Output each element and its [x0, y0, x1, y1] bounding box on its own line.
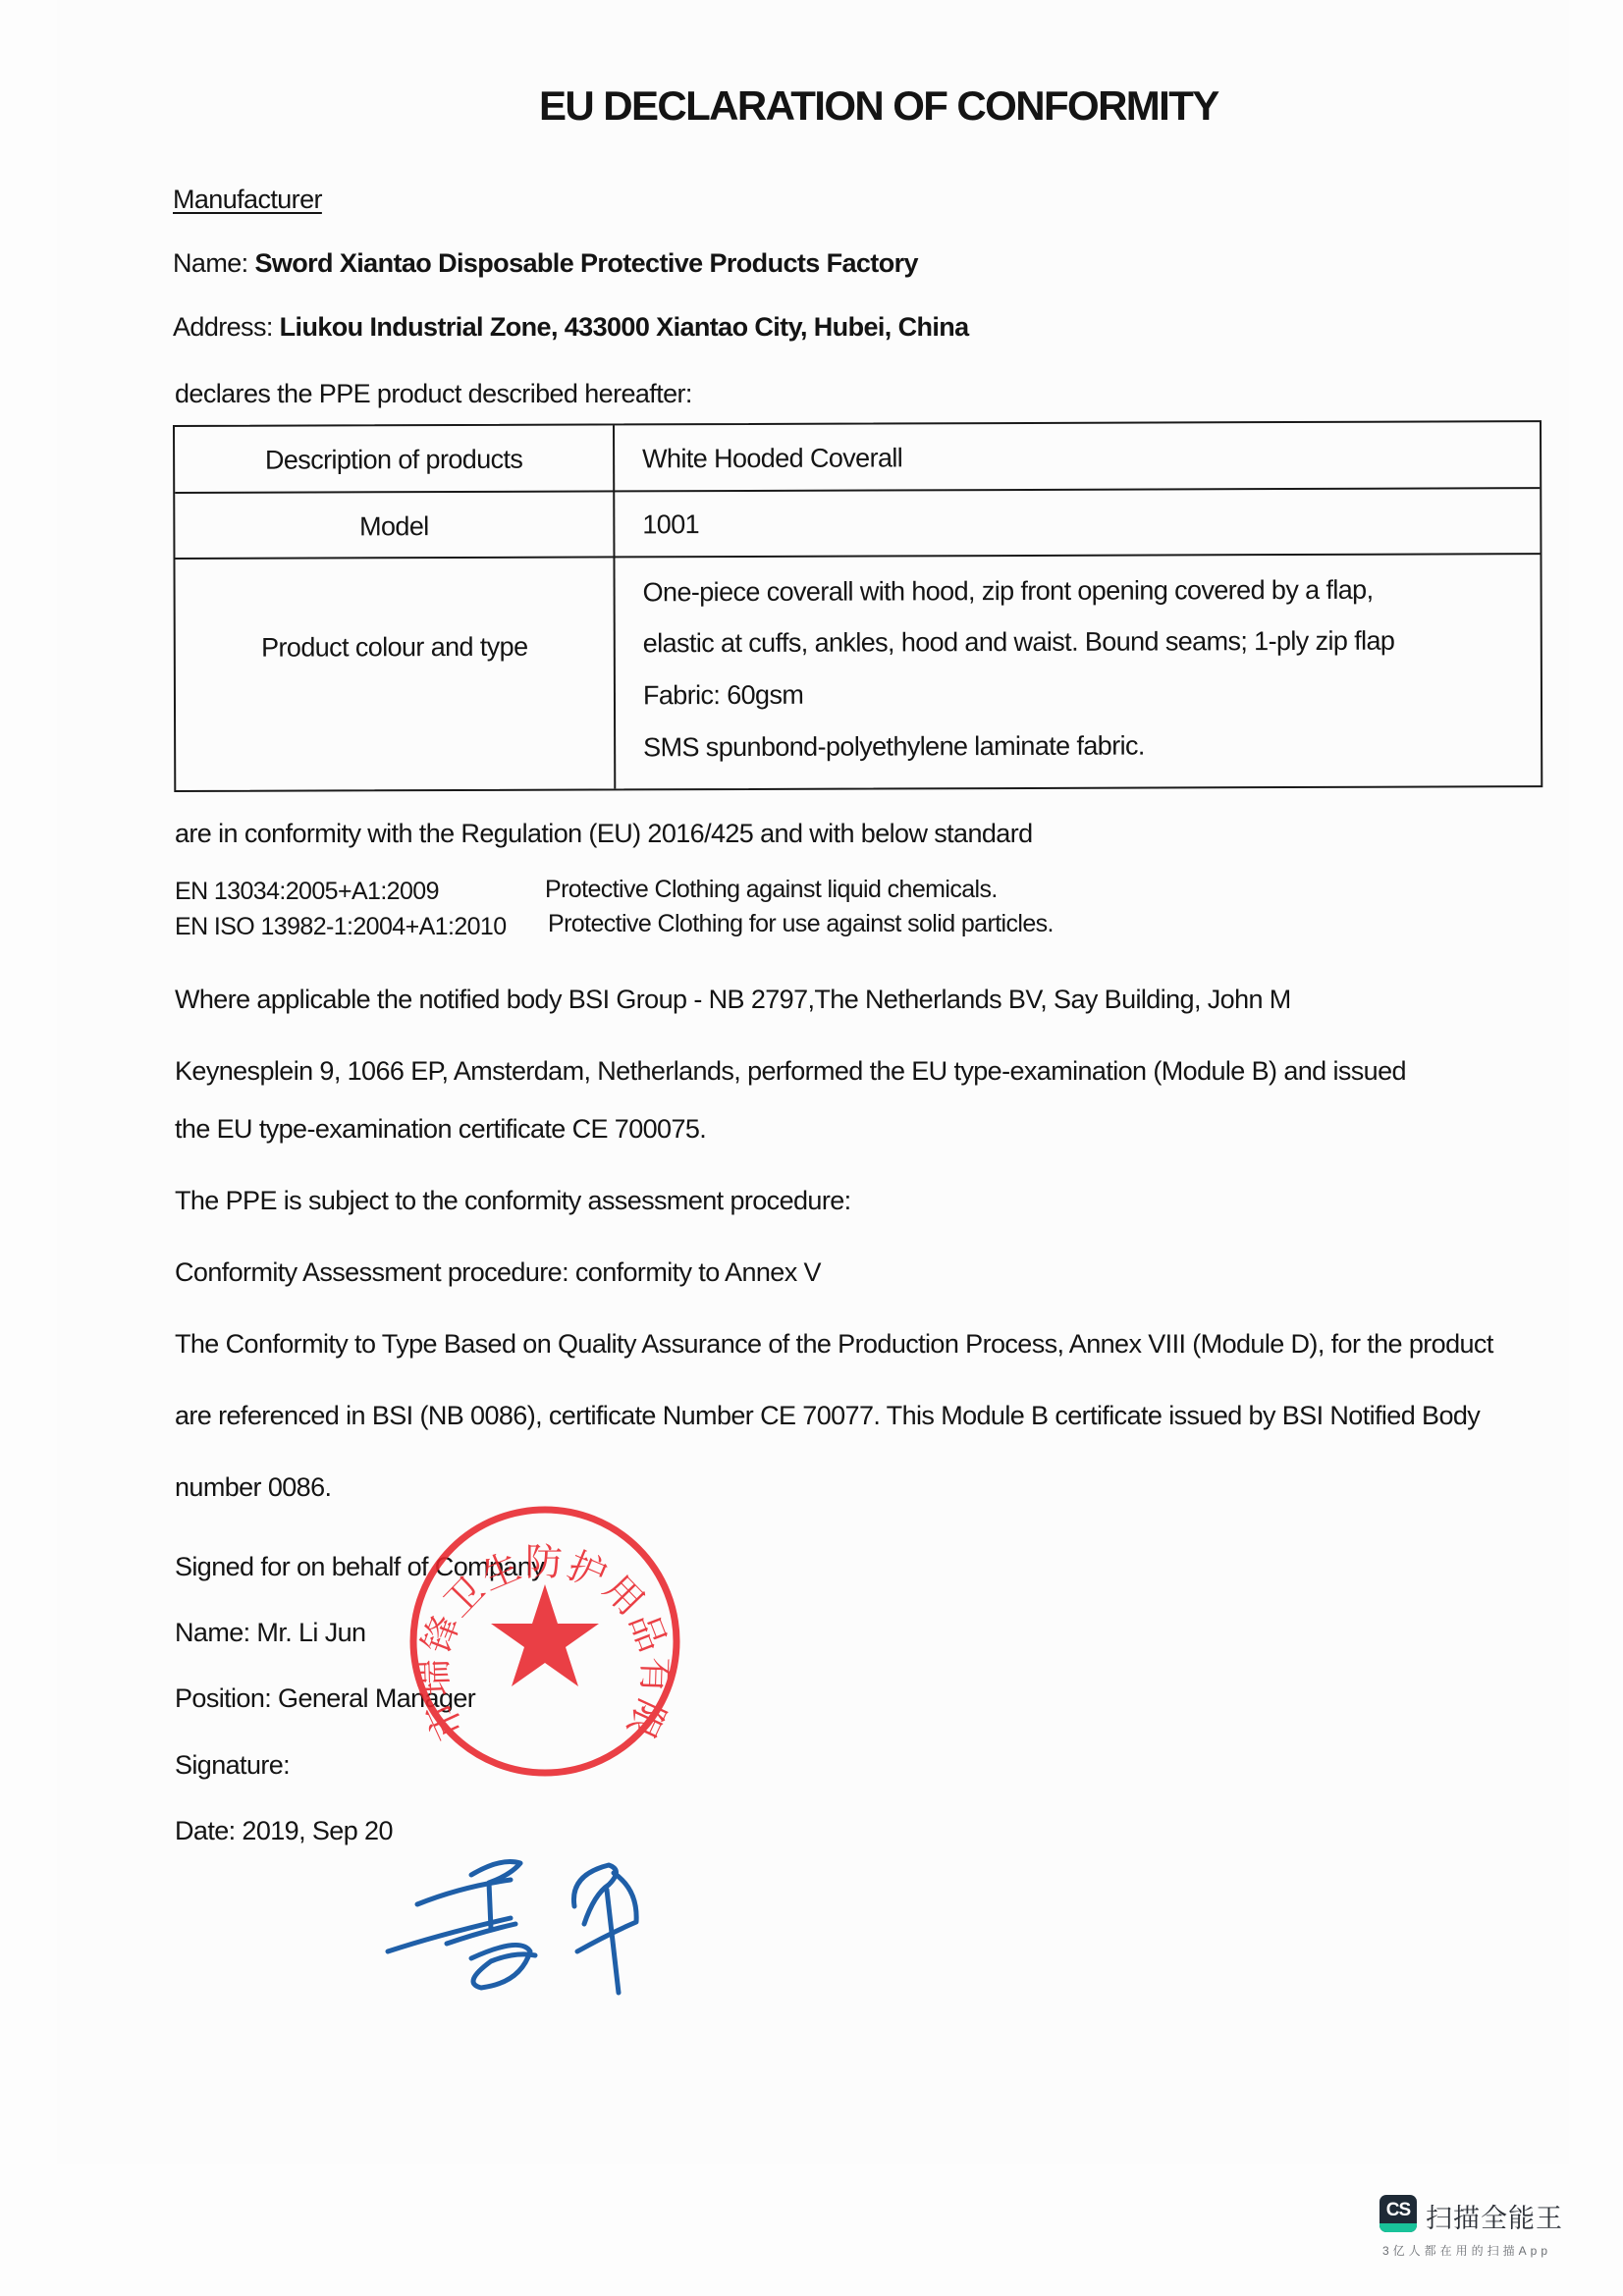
procedure-intro: The PPE is subject to the conformity ass…: [175, 1188, 851, 1214]
manufacturer-address: Address: Liukou Industrial Zone, 433000 …: [173, 314, 969, 341]
logo-accent-bar: [1380, 2223, 1417, 2232]
star-icon: [491, 1584, 599, 1686]
notified-body-line: the EU type-examination certificate CE 7…: [175, 1116, 706, 1143]
module-d-line: The Conformity to Type Based on Quality …: [175, 1331, 1493, 1358]
table-row: Product colour and type One-piece covera…: [175, 555, 1541, 790]
manufacturer-heading: Manufacturer: [173, 187, 322, 213]
document-page: EU DECLARATION OF CONFORMITY Manufacture…: [0, 0, 1623, 2296]
intro-text: declares the PPE product described herea…: [175, 381, 692, 407]
table-row: Model 1001: [175, 489, 1540, 560]
signatory-name: Name: Mr. Li Jun: [175, 1620, 365, 1646]
table-row-value: 1001: [642, 509, 699, 540]
handwritten-signature: [373, 1836, 668, 2002]
product-table: Description of products White Hooded Cov…: [173, 420, 1542, 792]
table-row-label: Description of products: [175, 444, 613, 476]
standard-code: EN ISO 13982-1:2004+A1:2010: [175, 915, 507, 939]
notified-body-line: Keynesplein 9, 1066 EP, Amsterdam, Nethe…: [175, 1058, 1406, 1085]
table-row-value: White Hooded Coverall: [642, 443, 902, 474]
manufacturer-name: Name: Sword Xiantao Disposable Protectiv…: [173, 250, 918, 277]
page-title: EU DECLARATION OF CONFORMITY: [539, 82, 1218, 130]
manufacturer-address-value: Liukou Industrial Zone, 433000 Xiantao C…: [280, 312, 969, 342]
table-row: Description of products White Hooded Cov…: [175, 422, 1540, 494]
manufacturer-address-label: Address:: [173, 312, 280, 342]
company-seal-stamp: 仙桃市瑞锋卫生防护用品有限公司: [398, 1494, 692, 1789]
notified-body-line: Where applicable the notified body BSI G…: [175, 987, 1291, 1013]
module-d-line: are referenced in BSI (NB 0086), certifi…: [175, 1403, 1480, 1429]
standard-description: Protective Clothing for use against soli…: [548, 912, 1054, 936]
watermark-app-name: 扫描全能王: [1426, 2197, 1563, 2235]
table-row-value-line: One-piece coverall with hood, zip front …: [643, 575, 1374, 609]
table-row-label: Model: [175, 510, 613, 543]
module-d-line: number 0086.: [175, 1474, 331, 1501]
table-row-value-line: Fabric: 60gsm: [643, 680, 803, 712]
signatory-date: Date: 2019, Sep 20: [175, 1818, 393, 1844]
standard-description: Protective Clothing against liquid chemi…: [545, 878, 998, 902]
table-row-label: Product colour and type: [176, 631, 614, 664]
manufacturer-name-value: Sword Xiantao Disposable Protective Prod…: [254, 248, 917, 278]
table-row-value-line: SMS spunbond-polyethylene laminate fabri…: [643, 731, 1145, 764]
signature-label: Signature:: [175, 1752, 290, 1779]
logo-text: CS: [1380, 2200, 1417, 2221]
table-row-value-line: elastic at cuffs, ankles, hood and waist…: [643, 626, 1395, 660]
conformity-statement: are in conformity with the Regulation (E…: [175, 821, 1033, 847]
procedure-text: Conformity Assessment procedure: conform…: [175, 1259, 821, 1286]
camscanner-logo-icon: CS: [1380, 2195, 1417, 2232]
standard-code: EN 13034:2005+A1:2009: [175, 880, 439, 904]
watermark-tagline: 3亿人都在用的扫描App: [1382, 2242, 1551, 2259]
manufacturer-name-label: Name:: [173, 248, 254, 278]
